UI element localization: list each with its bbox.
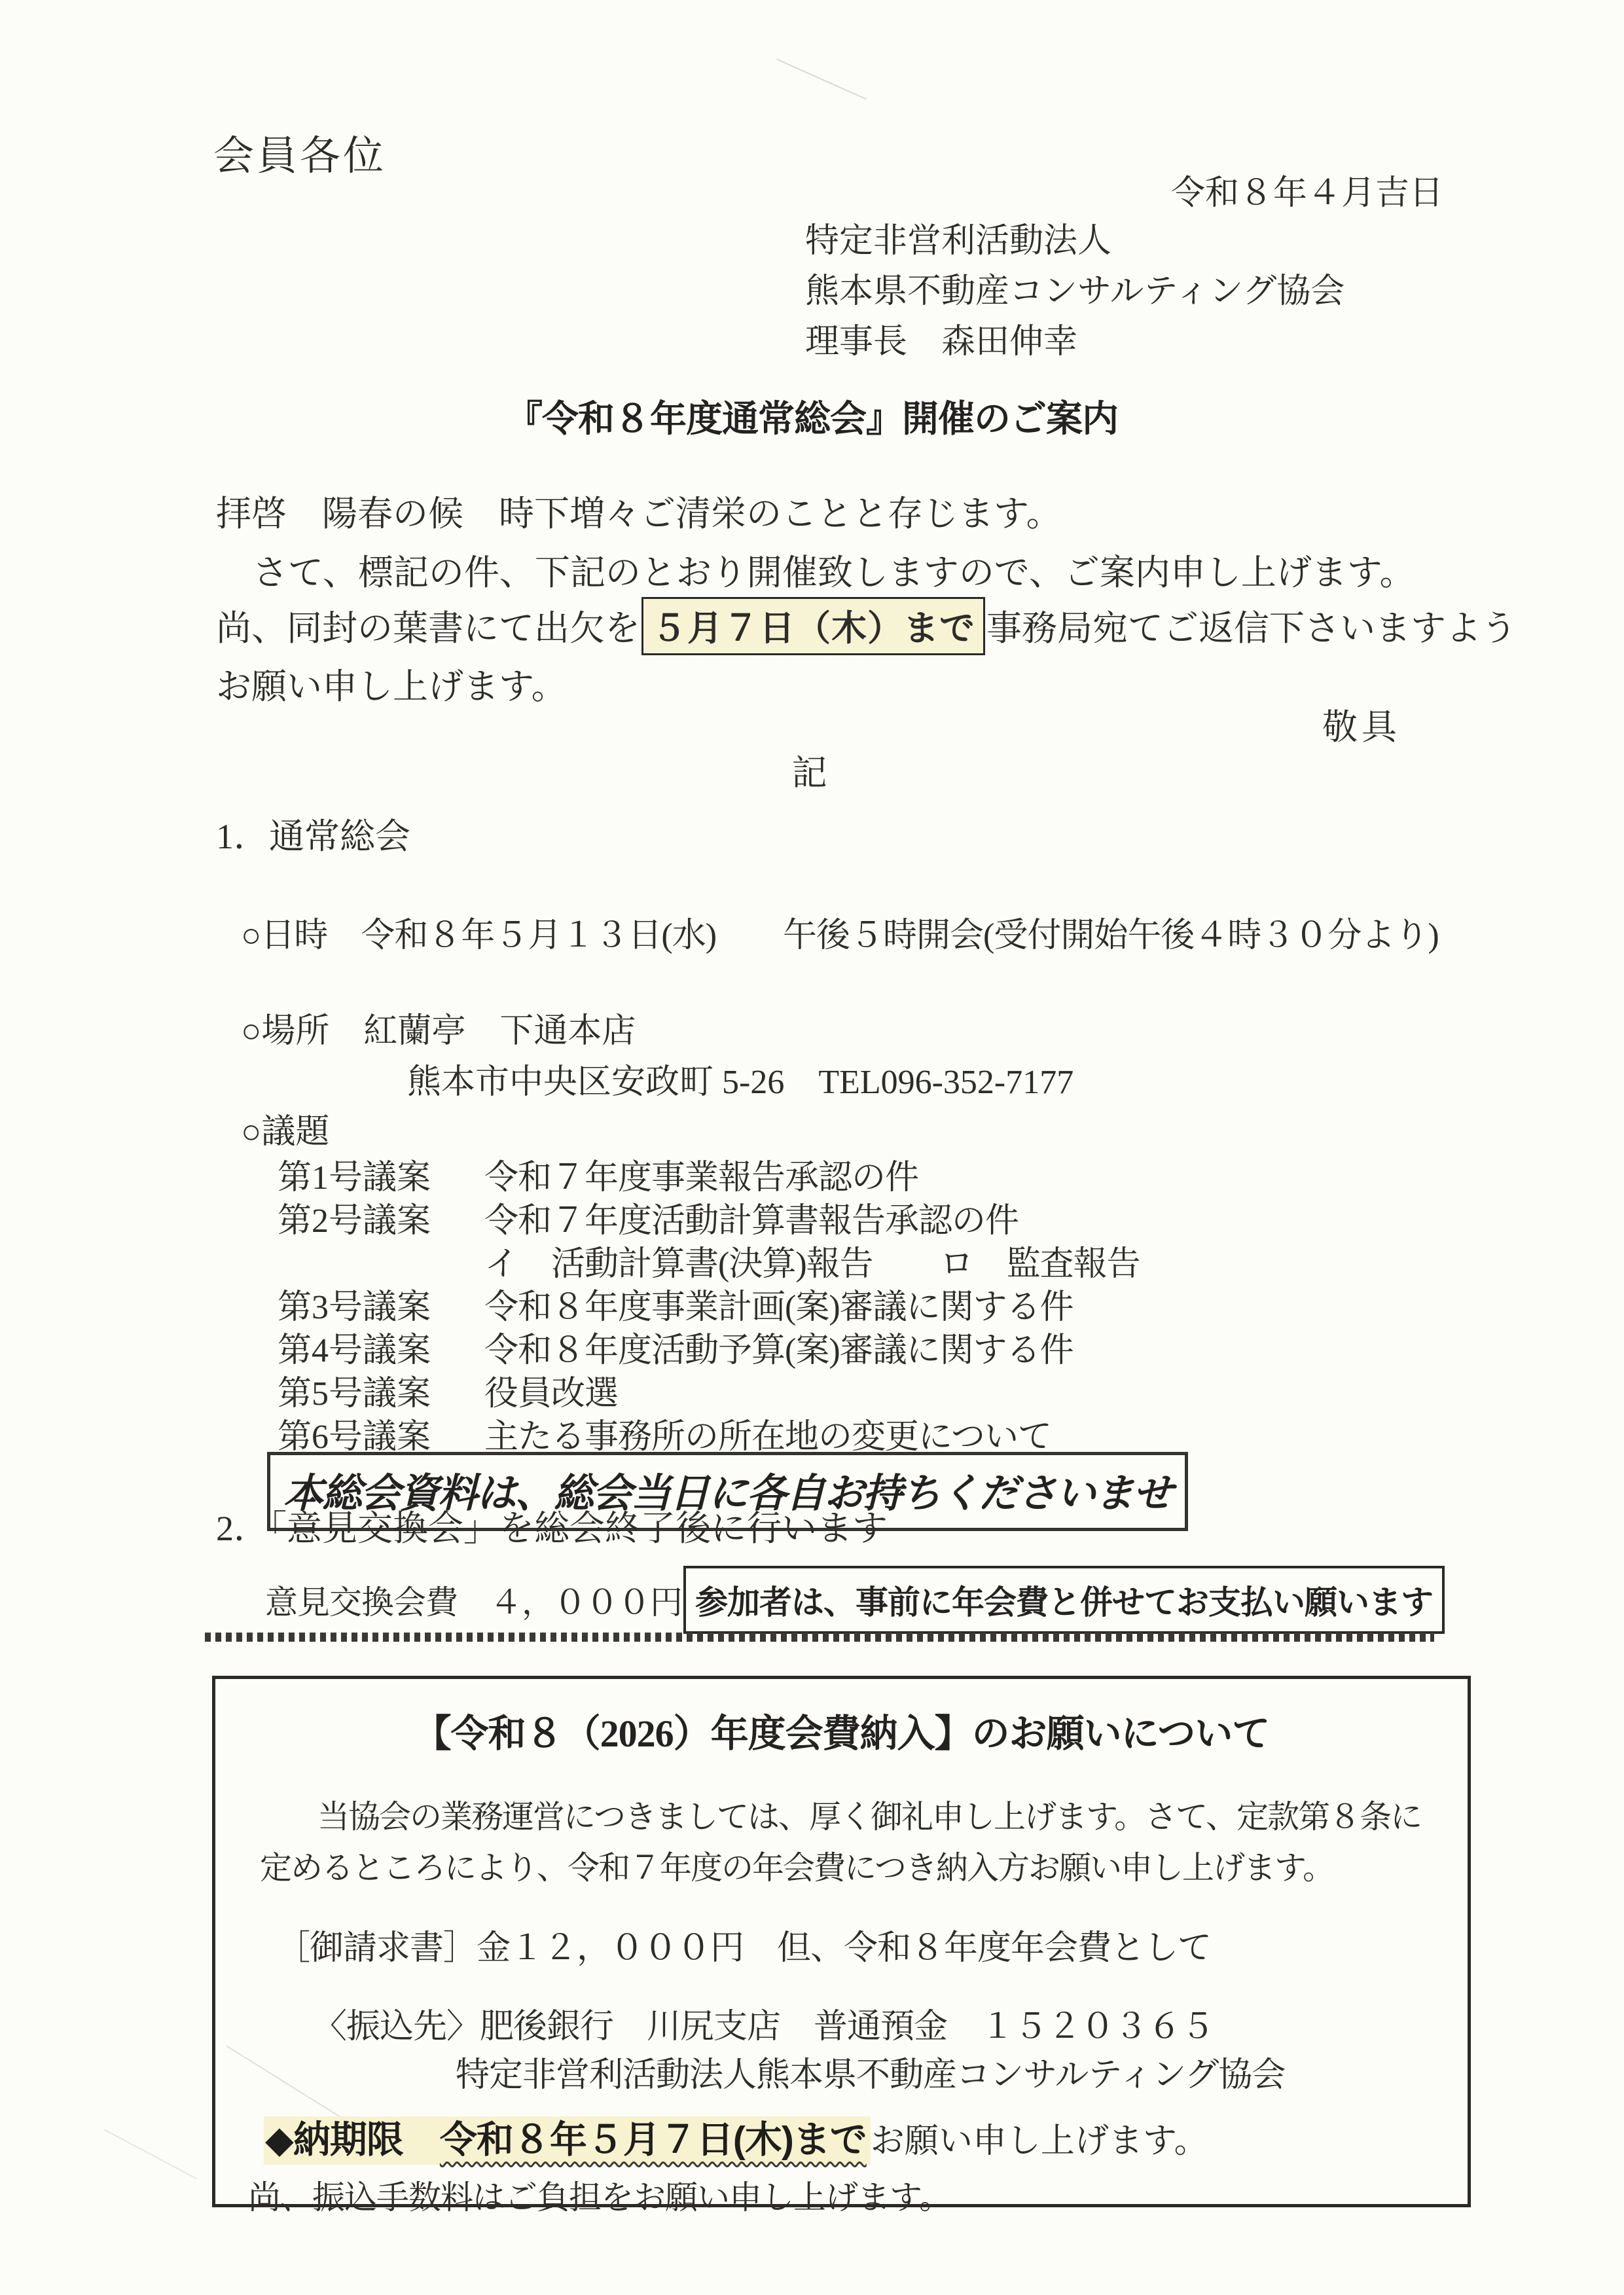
agenda-item-no: 第5号議案 <box>278 1365 484 1415</box>
record-mark: 記 <box>0 745 1624 795</box>
agenda-item-text: 役員改選 <box>484 1365 618 1415</box>
agenda-item-text: 令和７年度活動計算書報告承認の件 <box>484 1193 1019 1242</box>
agenda-item-3: 第3号議案 令和８年度事業計画(案)審議に関する件 <box>278 1279 1074 1328</box>
sender-block: 特定非営利活動法人 熊本県不動産コンサルティング協会 理事長 森田伸幸 <box>805 216 1344 367</box>
dues-deadline-suffix: お願い申し上げます。 <box>871 2123 1208 2160</box>
agenda-item-5: 第5号議案 役員改選 <box>278 1365 618 1415</box>
reply-suffix: 事務局宛てご返信下さいますよう <box>986 609 1517 648</box>
reply-request-line: 尚、同封の葉書にて出欠を５月７日（木）まで事務局宛てご返信下さいますよう <box>216 597 1517 655</box>
agenda-item-6: 第6号議案 主たる事務所の所在地の変更について <box>278 1409 1051 1458</box>
agenda-item-no: 第1号議案 <box>278 1149 484 1199</box>
meeting-address: 熊本市中央区安政町 5-26 TEL096-352-7177 <box>407 1054 1074 1103</box>
closing-word: 敬具 <box>1322 699 1401 750</box>
agenda-item-text: イ 活動計算書(決算)報告 ロ 監査報告 <box>484 1236 1140 1285</box>
bank-transfer-line: 〈振込先〉肥後銀行 川尻支店 普通預金 １５２０３６５ <box>313 1998 1214 2048</box>
dues-paragraph-line-2: 定めるところにより、令和７年度の年会費につき納入方お願い申し上げます。 <box>260 1843 1333 1888</box>
agenda-item-no: 第4号議案 <box>278 1322 484 1371</box>
agenda-item-no: 第3号議案 <box>278 1279 484 1328</box>
sender-president: 理事長 森田伸幸 <box>805 317 1344 367</box>
recipient: 会員各位 <box>213 123 386 181</box>
sender-org-name: 熊本県不動産コンサルティング協会 <box>805 266 1344 317</box>
exchange-fee-notice-box: 参加者は、事前に年会費と併せてお支払い願います <box>683 1566 1445 1634</box>
reply-deadline-highlight: ５月７日（木）まで <box>641 597 985 655</box>
dues-invoice-line: ［御請求書］金１２，０００円 但、令和８年度年会費として <box>276 1920 1211 1969</box>
scan-artifact <box>104 2129 197 2180</box>
scanned-letter-page: 会員各位 令和８年４月吉日 特定非営利活動法人 熊本県不動産コンサルティング協会… <box>0 0 1624 2295</box>
agenda-item-2: 第2号議案 令和７年度活動計算書報告承認の件 <box>278 1193 1019 1242</box>
greeting-line-1: 拝啓 陽春の候 時下増々ご清栄のことと存じます。 <box>216 486 1062 536</box>
agenda-item-no: 第6号議案 <box>278 1409 484 1458</box>
agenda-label: ○議題 <box>241 1104 329 1153</box>
agenda-item-4: 第4号議案 令和８年度活動予算(案)審議に関する件 <box>278 1322 1074 1371</box>
dues-deadline-label: ◆納期限 <box>265 2119 440 2161</box>
scan-artifact <box>776 59 867 100</box>
transfer-fee-note: 尚、振込手数料はご負担をお願い申し上げます。 <box>248 2171 951 2218</box>
section2-heading: 2．「意見交換会」を総会終了後に行います <box>216 1500 888 1551</box>
agenda-item-no <box>278 1236 484 1285</box>
agenda-item-no: 第2号議案 <box>278 1193 484 1242</box>
agenda-item-text: 主たる事務所の所在地の変更について <box>484 1409 1051 1458</box>
agenda-item-text: 令和８年度事業計画(案)審議に関する件 <box>484 1279 1074 1328</box>
dues-deadline-date: 令和８年５月７日(木)まで <box>440 2119 867 2161</box>
sender-org-type: 特定非営利活動法人 <box>805 216 1344 266</box>
agenda-item-text: 令和７年度事業報告承認の件 <box>484 1149 918 1199</box>
section1-heading: 1．通常総会 <box>216 808 410 859</box>
agenda-item-text: 令和８年度活動予算(案)審議に関する件 <box>484 1322 1074 1371</box>
dashed-divider <box>205 1633 1434 1642</box>
meeting-place: ○場所 紅蘭亭 下通本店 <box>241 1003 636 1052</box>
dues-paragraph-line-1: 当協会の業務運営につきましては、厚く御礼申し上げます。さて、定款第８条に <box>317 1792 1421 1837</box>
reply-request-continued: お願い申し上げます。 <box>216 659 567 709</box>
dues-box-title: 【令和８（2026）年度会費納入】のお願いについて <box>215 1703 1468 1758</box>
dues-deadline-highlight: ◆納期限 令和８年５月７日(木)まで <box>264 2116 871 2165</box>
document-title: 『令和８年度通常総会』開催のご案内 <box>0 390 1624 443</box>
meeting-datetime: ○日時 令和８年５月１３日(水) 午後５時開会(受付開始午後４時３０分より) <box>241 907 1439 956</box>
agenda-item-1: 第1号議案 令和７年度事業報告承認の件 <box>278 1149 918 1199</box>
dues-deadline-line: ◆納期限 令和８年５月７日(木)までお願い申し上げます。 <box>264 2110 1208 2163</box>
agenda-item-2-sub: イ 活動計算書(決算)報告 ロ 監査報告 <box>278 1236 1140 1285</box>
issue-date: 令和８年４月吉日 <box>1171 165 1443 214</box>
greeting-line-2: さて、標記の件、下記のとおり開催致しますので、ご案内申し上げます。 <box>253 545 1415 595</box>
dues-request-box: 【令和８（2026）年度会費納入】のお願いについて 当協会の業務運営につきまして… <box>212 1676 1471 2207</box>
reply-prefix: 尚、同封の葉書にて出欠を <box>216 609 640 648</box>
exchange-fee-label: 意見交換会費 ４，０００円 <box>265 1576 682 1623</box>
exchange-fee-line: 意見交換会費 ４，０００円参加者は、事前に年会費と併せてお支払い願います <box>265 1566 1445 1634</box>
bank-account-holder: 特定非営利活動法人熊本県不動産コンサルティング協会 <box>456 2047 1285 2096</box>
